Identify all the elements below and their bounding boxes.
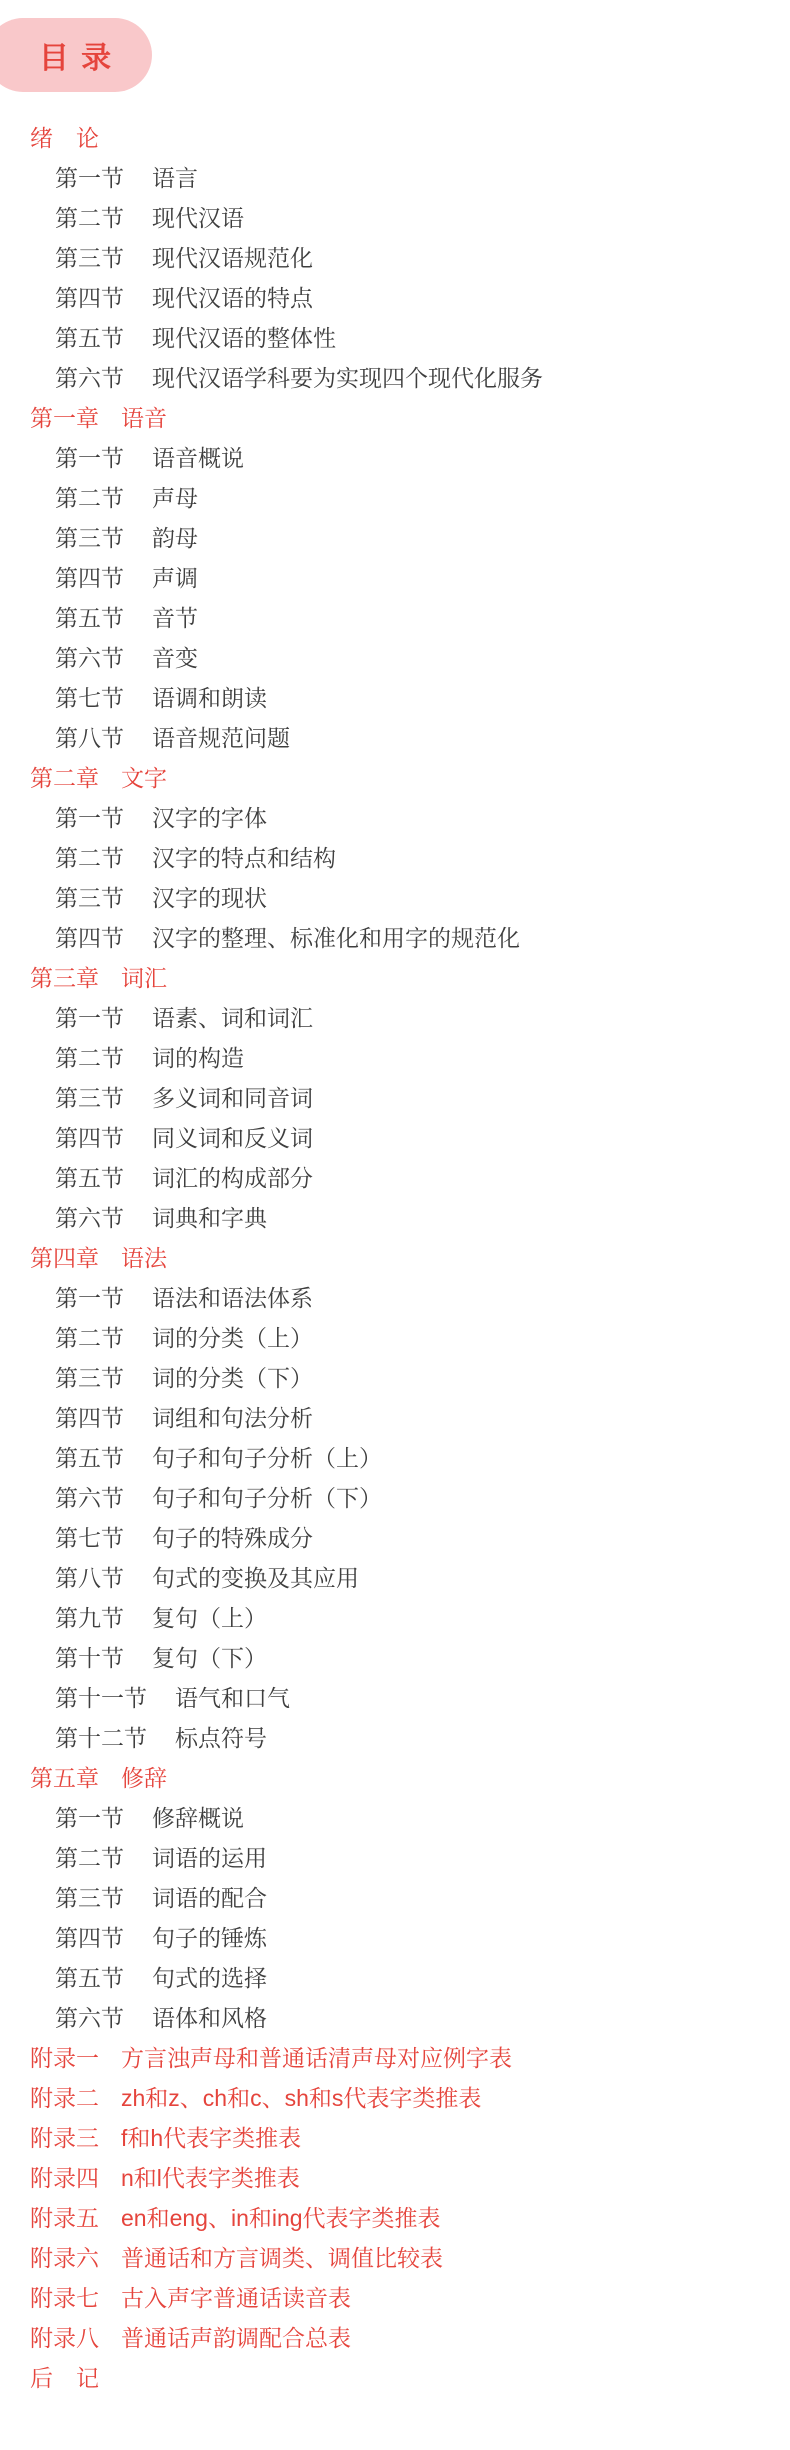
toc-entry-title: 词语的配合	[152, 1885, 267, 1911]
toc-row-section[interactable]: 第一节汉字的字体	[0, 798, 790, 838]
toc-entry-label: 附录七	[30, 2285, 99, 2311]
toc-entry-label: 第五节	[55, 1965, 124, 1991]
toc-entry-label: 第五章	[30, 1765, 99, 1791]
toc-entry-label: 第三节	[55, 885, 124, 911]
toc-entry-title: 词的分类（下）	[152, 1365, 313, 1391]
toc-entry-label: 第五节	[55, 1445, 124, 1471]
toc-row-section[interactable]: 第四节汉字的整理、标准化和用字的规范化	[0, 918, 790, 958]
toc-badge: 目 录	[0, 18, 152, 92]
toc-entry-label: 第三节	[55, 245, 124, 271]
toc-entry-title: 韵母	[152, 525, 198, 551]
toc-entry-label: 第六节	[55, 645, 124, 671]
toc-entry-label: 第一节	[55, 1285, 124, 1311]
toc-entry-title: 普通话和方言调类、调值比较表	[121, 2245, 443, 2271]
toc-row-chapter[interactable]: 附录二zh和z、ch和c、sh和s代表字类推表	[0, 2078, 790, 2118]
toc-entry-label: 第六节	[55, 2005, 124, 2031]
toc-entry-label: 附录六	[30, 2245, 99, 2271]
toc-row-section[interactable]: 第五节句式的选择	[0, 1958, 790, 1998]
toc-row-section[interactable]: 第六节句子和句子分析（下）	[0, 1478, 790, 1518]
toc-row-section[interactable]: 第一节语素、词和词汇	[0, 998, 790, 1038]
toc-row-section[interactable]: 第四节现代汉语的特点	[0, 278, 790, 318]
toc-entry-label: 第四节	[55, 1405, 124, 1431]
toc-entry-label: 第一节	[55, 1805, 124, 1831]
toc-row-section[interactable]: 第一节语言	[0, 158, 790, 198]
toc-entry-title: 现代汉语规范化	[152, 245, 313, 271]
toc-entry-title: 句式的选择	[152, 1965, 267, 1991]
toc-row-section[interactable]: 第一节语音概说	[0, 438, 790, 478]
toc-entry-label: 第十一节	[55, 1685, 147, 1711]
toc-entry-title: 语音概说	[152, 445, 244, 471]
toc-row-section[interactable]: 第二节现代汉语	[0, 198, 790, 238]
toc-row-chapter[interactable]: 附录七古入声字普通话读音表	[0, 2278, 790, 2318]
toc-entry-title: 文字	[121, 765, 167, 791]
toc-entry-title: 方言浊声母和普通话清声母对应例字表	[121, 2045, 512, 2071]
toc-row-section[interactable]: 第十节复句（下）	[0, 1638, 790, 1678]
toc-row-chapter[interactable]: 附录八普通话声韵调配合总表	[0, 2318, 790, 2358]
toc-badge-label: 目 录	[39, 33, 113, 77]
toc-row-chapter[interactable]: 附录一方言浊声母和普通话清声母对应例字表	[0, 2038, 790, 2078]
toc-entry-title: 同义词和反义词	[152, 1125, 313, 1151]
toc-entry-label: 第一节	[55, 805, 124, 831]
toc-row-chapter[interactable]: 附录四n和l代表字类推表	[0, 2158, 790, 2198]
toc-entry-label: 第十节	[55, 1645, 124, 1671]
toc-entry-label: 第四节	[55, 565, 124, 591]
toc-entry-label: 第五节	[55, 605, 124, 631]
toc-entry-label: 附录一	[30, 2045, 99, 2071]
toc-entry-title: 语气和口气	[175, 1685, 290, 1711]
toc-row-section[interactable]: 第五节现代汉语的整体性	[0, 318, 790, 358]
toc-entry-label: 附录八	[30, 2325, 99, 2351]
toc-entry-title: 汉字的字体	[152, 805, 267, 831]
toc-entry-title: n和l代表字类推表	[121, 2165, 300, 2191]
toc-entry-title: 修辞	[121, 1765, 167, 1791]
toc-entry-title: en和eng、in和ing代表字类推表	[121, 2205, 441, 2231]
toc-entry-title: 声调	[152, 565, 198, 591]
toc-entry-label: 第六节	[55, 1485, 124, 1511]
toc-entry-label: 第五节	[55, 325, 124, 351]
toc-row-chapter[interactable]: 附录五en和eng、in和ing代表字类推表	[0, 2198, 790, 2238]
toc-entry-title: 语调和朗读	[152, 685, 267, 711]
toc-entry-label: 第四节	[55, 285, 124, 311]
toc-row-section[interactable]: 第六节音变	[0, 638, 790, 678]
toc-entry-label: 第三节	[55, 1885, 124, 1911]
toc-row-section[interactable]: 第六节词典和字典	[0, 1198, 790, 1238]
toc-row-section[interactable]: 第六节语体和风格	[0, 1998, 790, 2038]
toc-row-section[interactable]: 第四节同义词和反义词	[0, 1118, 790, 1158]
toc-row-section[interactable]: 第三节词的分类（下）	[0, 1358, 790, 1398]
toc-row-section[interactable]: 第三节韵母	[0, 518, 790, 558]
toc-entry-title: 语音规范问题	[152, 725, 290, 751]
toc-entry-title: 普通话声韵调配合总表	[121, 2325, 351, 2351]
toc-entry-title: 句子和句子分析（下）	[152, 1485, 382, 1511]
toc-row-section[interactable]: 第六节现代汉语学科要为实现四个现代化服务	[0, 358, 790, 398]
toc-entry-label: 第三节	[55, 525, 124, 551]
toc-entry-label: 第六节	[55, 365, 124, 391]
toc-entry-label: 附录三	[30, 2125, 99, 2151]
toc-entry-label: 第二节	[55, 845, 124, 871]
toc-entry-title: 句子的特殊成分	[152, 1525, 313, 1551]
toc-entry-title: 现代汉语的整体性	[152, 325, 336, 351]
toc-entry-title: 音变	[152, 645, 198, 671]
toc-row-chapter[interactable]: 第二章文字	[0, 758, 790, 798]
toc-row-chapter[interactable]: 附录六普通话和方言调类、调值比较表	[0, 2238, 790, 2278]
toc-row-section[interactable]: 第五节句子和句子分析（上）	[0, 1438, 790, 1478]
toc-entry-title: 汉字的整理、标准化和用字的规范化	[152, 925, 520, 951]
toc-row-section[interactable]: 第八节语音规范问题	[0, 718, 790, 758]
toc-row-section[interactable]: 第十一节语气和口气	[0, 1678, 790, 1718]
toc-row-section[interactable]: 第三节词语的配合	[0, 1878, 790, 1918]
toc-entry-label: 第四节	[55, 1125, 124, 1151]
toc-entry-label: 第十二节	[55, 1725, 147, 1751]
toc-row-section[interactable]: 第七节语调和朗读	[0, 678, 790, 718]
toc-entry-label: 第二章	[30, 765, 99, 791]
toc-entry-title: 句子的锤炼	[152, 1925, 267, 1951]
toc-entry-label: 第三节	[55, 1365, 124, 1391]
toc-entry-title: 复句（下）	[152, 1645, 267, 1671]
toc-entry-label: 绪 论	[30, 125, 99, 151]
toc-entry-label: 第二节	[55, 1845, 124, 1871]
toc-entry-label: 第一节	[55, 445, 124, 471]
toc-entry-title: 语法	[121, 1245, 167, 1271]
toc-entry-title: 词的分类（上）	[152, 1325, 313, 1351]
toc-entry-title: 多义词和同音词	[152, 1085, 313, 1111]
toc-row-section[interactable]: 第五节词汇的构成部分	[0, 1158, 790, 1198]
toc-entry-title: 汉字的现状	[152, 885, 267, 911]
toc-row-chapter[interactable]: 绪 论	[0, 118, 790, 158]
toc-entry-label: 附录四	[30, 2165, 99, 2191]
toc-entry-label: 第一章	[30, 405, 99, 431]
toc-entry-title: zh和z、ch和c、sh和s代表字类推表	[121, 2085, 481, 2111]
toc-entry-title: 汉字的特点和结构	[152, 845, 336, 871]
toc-entry-label: 第二节	[55, 1045, 124, 1071]
toc-entry-title: 语音	[121, 405, 167, 431]
toc-entry-title: 声母	[152, 485, 198, 511]
toc-entry-title: 词汇	[121, 965, 167, 991]
toc-row-section[interactable]: 第一节语法和语法体系	[0, 1278, 790, 1318]
toc-entry-title: 语素、词和词汇	[152, 1005, 313, 1031]
toc-entry-title: 词汇的构成部分	[152, 1165, 313, 1191]
toc-row-section[interactable]: 第五节音节	[0, 598, 790, 638]
toc-entry-title: 现代汉语	[152, 205, 244, 231]
toc-row-chapter[interactable]: 第三章词汇	[0, 958, 790, 998]
toc-row-section[interactable]: 第一节修辞概说	[0, 1798, 790, 1838]
toc-row-section[interactable]: 第二节声母	[0, 478, 790, 518]
toc-entry-label: 附录五	[30, 2205, 99, 2231]
toc-entry-label: 第一节	[55, 165, 124, 191]
toc-row-section[interactable]: 第三节多义词和同音词	[0, 1078, 790, 1118]
toc-entry-label: 第一节	[55, 1005, 124, 1031]
toc-entry-label: 第四章	[30, 1245, 99, 1271]
toc-row-section[interactable]: 第七节句子的特殊成分	[0, 1518, 790, 1558]
toc-entry-label: 第七节	[55, 685, 124, 711]
toc-entry-label: 第四节	[55, 1925, 124, 1951]
toc-row-chapter[interactable]: 后 记	[0, 2358, 790, 2398]
toc-row-chapter[interactable]: 附录三f和h代表字类推表	[0, 2118, 790, 2158]
toc-row-section[interactable]: 第九节复句（上）	[0, 1598, 790, 1638]
toc-entry-title: 修辞概说	[152, 1805, 244, 1831]
toc-row-chapter[interactable]: 第四章语法	[0, 1238, 790, 1278]
toc-row-section[interactable]: 第二节汉字的特点和结构	[0, 838, 790, 878]
toc-row-section[interactable]: 第二节词的构造	[0, 1038, 790, 1078]
toc-entry-title: 现代汉语学科要为实现四个现代化服务	[152, 365, 543, 391]
toc-entry-label: 后 记	[30, 2365, 99, 2391]
toc-entry-label: 第四节	[55, 925, 124, 951]
toc-entry-title: 语法和语法体系	[152, 1285, 313, 1311]
toc-entry-label: 第二节	[55, 485, 124, 511]
toc-entry-title: 词组和句法分析	[152, 1405, 313, 1431]
toc-entry-label: 第三节	[55, 1085, 124, 1111]
toc-entry-title: f和h代表字类推表	[121, 2125, 301, 2151]
toc-row-section[interactable]: 第十二节标点符号	[0, 1718, 790, 1758]
toc-row-chapter[interactable]: 第一章语音	[0, 398, 790, 438]
toc-row-section[interactable]: 第四节句子的锤炼	[0, 1918, 790, 1958]
toc-entry-title: 复句（上）	[152, 1605, 267, 1631]
toc-entry-label: 第三章	[30, 965, 99, 991]
toc-row-section[interactable]: 第四节词组和句法分析	[0, 1398, 790, 1438]
toc-row-section[interactable]: 第三节现代汉语规范化	[0, 238, 790, 278]
toc-entry-title: 现代汉语的特点	[152, 285, 313, 311]
toc-row-chapter[interactable]: 第五章修辞	[0, 1758, 790, 1798]
toc-entry-title: 词典和字典	[152, 1205, 267, 1231]
toc-entry-title: 句子和句子分析（上）	[152, 1445, 382, 1471]
toc-entry-label: 第二节	[55, 205, 124, 231]
toc-entry-label: 第九节	[55, 1605, 124, 1631]
toc-entry-label: 附录二	[30, 2085, 99, 2111]
toc-entry-title: 语言	[152, 165, 198, 191]
toc-row-section[interactable]: 第八节句式的变换及其应用	[0, 1558, 790, 1598]
toc-entry-title: 词语的运用	[152, 1845, 267, 1871]
toc-entry-title: 标点符号	[175, 1725, 267, 1751]
toc-row-section[interactable]: 第三节汉字的现状	[0, 878, 790, 918]
toc-row-section[interactable]: 第二节词的分类（上）	[0, 1318, 790, 1358]
toc-entry-label: 第八节	[55, 1565, 124, 1591]
toc-entry-title: 词的构造	[152, 1045, 244, 1071]
toc-entry-title: 语体和风格	[152, 2005, 267, 2031]
toc-entry-label: 第六节	[55, 1205, 124, 1231]
toc-entry-label: 第五节	[55, 1165, 124, 1191]
toc-entry-title: 古入声字普通话读音表	[121, 2285, 351, 2311]
toc-row-section[interactable]: 第四节声调	[0, 558, 790, 598]
toc-entry-label: 第二节	[55, 1325, 124, 1351]
toc-entry-title: 句式的变换及其应用	[152, 1565, 359, 1591]
toc-entry-label: 第七节	[55, 1525, 124, 1551]
toc-row-section[interactable]: 第二节词语的运用	[0, 1838, 790, 1878]
toc-list: 绪 论第一节语言第二节现代汉语第三节现代汉语规范化第四节现代汉语的特点第五节现代…	[0, 118, 790, 2438]
toc-entry-title: 音节	[152, 605, 198, 631]
toc-entry-label: 第八节	[55, 725, 124, 751]
